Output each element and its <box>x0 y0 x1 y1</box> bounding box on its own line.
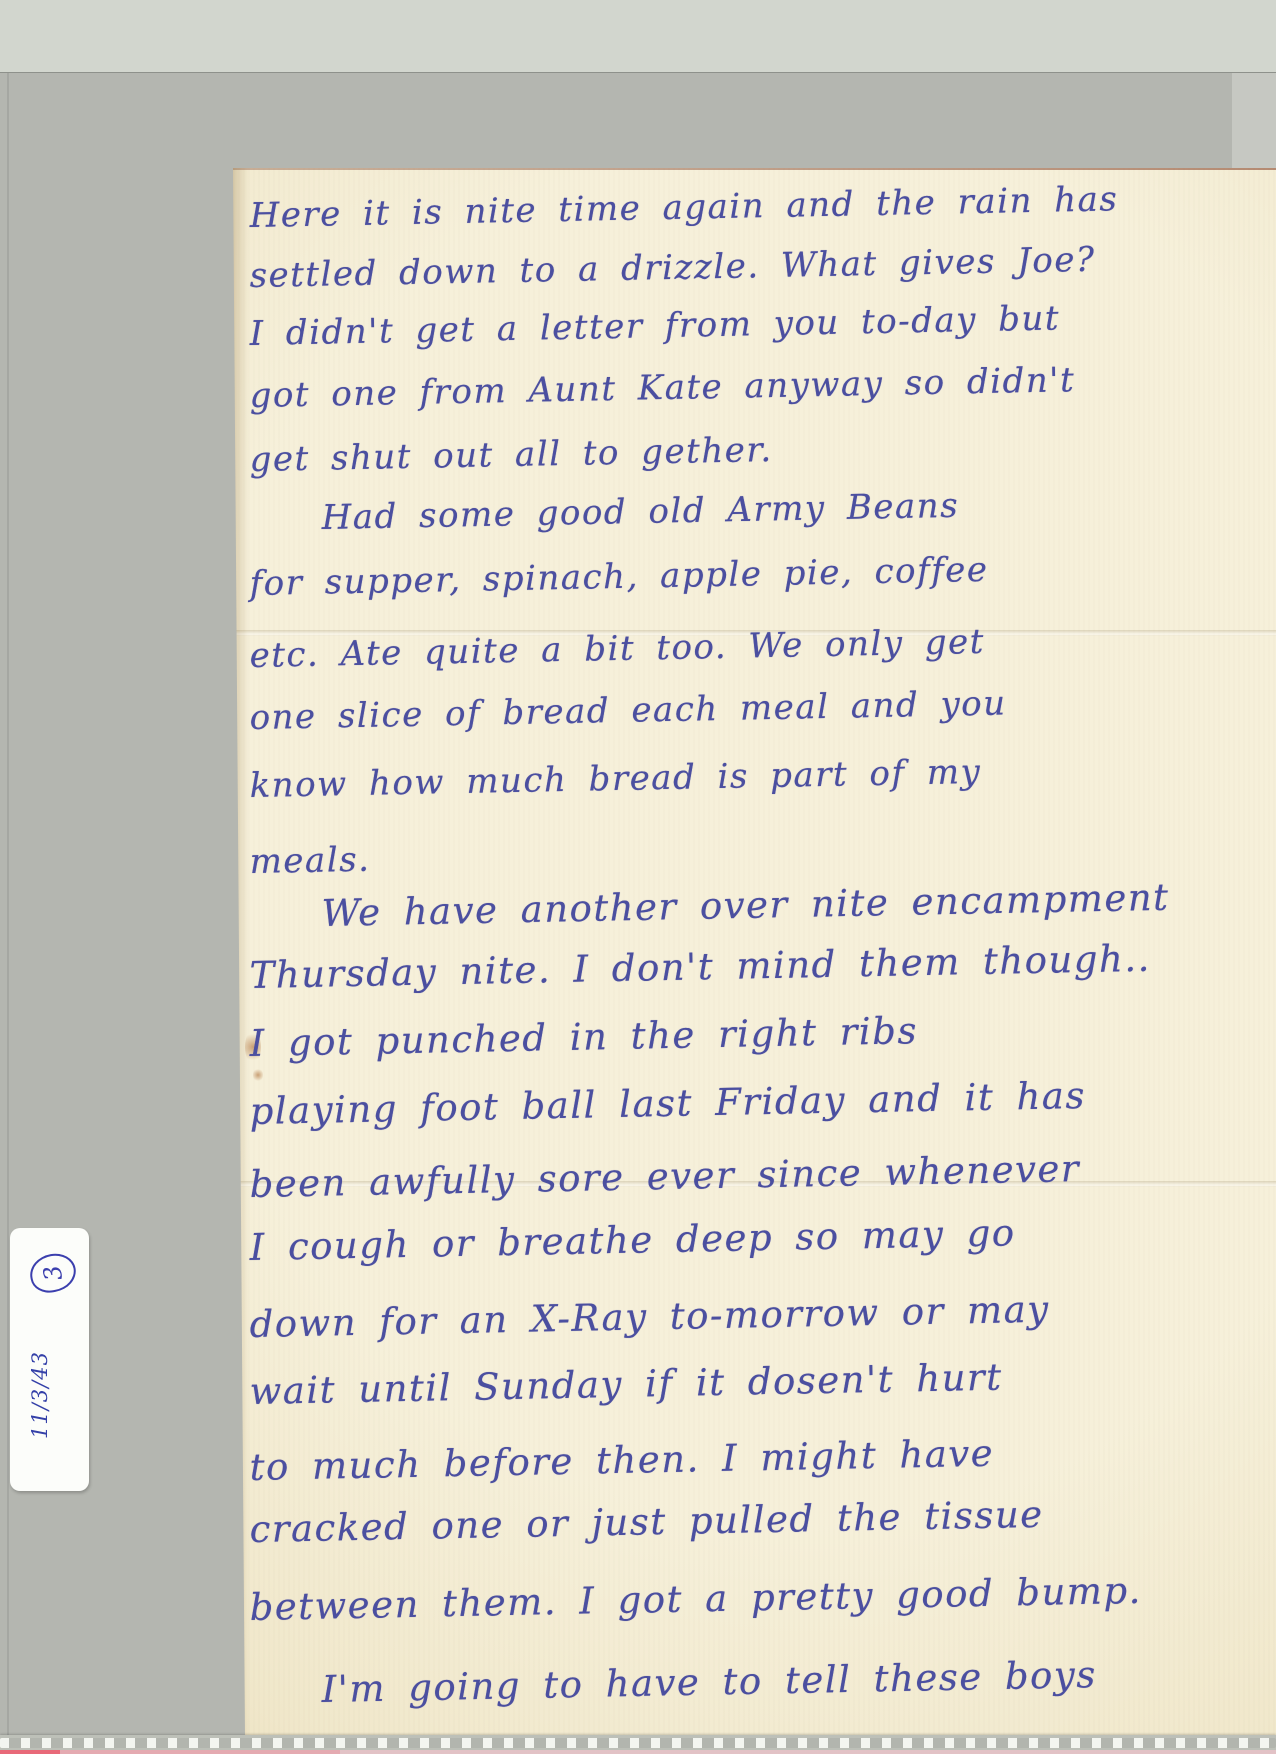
handwriting-line: been awfully sore ever since whenever <box>249 1147 1080 1206</box>
handwriting-line: to much before then. I might have <box>249 1432 994 1489</box>
label-page-number: 3 <box>27 1250 79 1295</box>
handwriting-line: meals. <box>249 840 371 882</box>
handwriting-line: between them. I got a pretty good bump. <box>249 1569 1142 1629</box>
letter-scan: Here it is nite time again and the rain … <box>0 0 1276 1754</box>
handwriting-line: etc. Ate quite a bit too. We only get <box>249 622 985 676</box>
handwriting-line: I didn't get a letter from you to-day bu… <box>249 298 1060 354</box>
handwriting-line: cracked one or just pulled the tissue <box>249 1493 1044 1551</box>
handwriting-line: We have another over nite encampment <box>321 876 1170 935</box>
binder-accent-line <box>0 1750 1276 1754</box>
handwriting-line: know how much bread is part of my <box>249 752 981 806</box>
handwriting-line: got one from Aunt Kate anyway so didn't <box>249 360 1075 416</box>
handwriting-line: Here it is nite time again and the rain … <box>249 179 1118 236</box>
handwriting-line: settled down to a drizzle. What gives Jo… <box>249 240 1096 296</box>
handwriting-line: down for an X-Ray to-morrow or may <box>249 1288 1050 1346</box>
handwriting-line: for supper, spinach, apple pie, coffee <box>249 550 989 604</box>
handwriting-line: one slice of bread each meal and you <box>249 683 1007 738</box>
handwriting-line: get shut out all to gether. <box>249 430 773 480</box>
letter-text-layer: Here it is nite time again and the rain … <box>0 0 1276 1754</box>
handwriting-line: I got punched in the right ribs <box>249 1009 918 1065</box>
handwriting-line: Thursday nite. I don't mind them though.… <box>249 937 1151 997</box>
binder-strip <box>0 1735 1276 1754</box>
handwriting-line: Had some good old Army Beans <box>321 486 959 538</box>
binder-perforations <box>0 1738 1276 1748</box>
handwriting-line: I'm going to have to tell these boys <box>321 1653 1097 1711</box>
label-date: 11/3/43 <box>28 1351 52 1439</box>
handwriting-line: wait until Sunday if it dosen't hurt <box>249 1356 1003 1413</box>
handwriting-line: I cough or breathe deep so may go <box>249 1211 1016 1269</box>
handwriting-line: playing foot ball last Friday and it has <box>249 1074 1086 1133</box>
